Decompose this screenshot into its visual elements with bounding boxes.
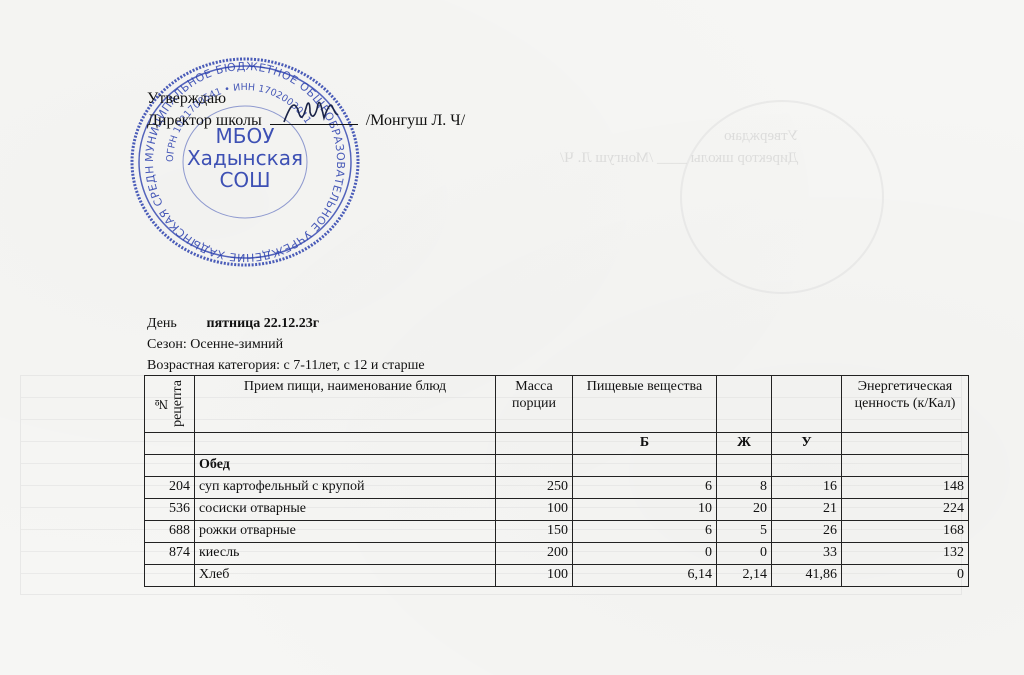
bleed-approval-title: Утверждаю (560, 125, 798, 147)
section-blank-u (772, 454, 842, 476)
day-value: пятница 22.12.23г (207, 316, 320, 331)
cell-protein: 0 (573, 542, 717, 564)
cell-recipe-no: 536 (145, 498, 195, 520)
cell-dish-name: Хлеб (195, 564, 496, 586)
section-title: Обед (195, 454, 496, 476)
cell-carbs: 16 (772, 476, 842, 498)
section-row-lunch: Обед (145, 454, 969, 476)
cell-portion-mass: 100 (496, 498, 573, 520)
subheader-blank-mass (496, 432, 573, 454)
director-line: Директор школы /Монгуш Л. Ч/ (147, 110, 465, 132)
cell-portion-mass: 250 (496, 476, 573, 498)
cell-fat: 2,14 (717, 564, 772, 586)
cell-recipe-no: 874 (145, 542, 195, 564)
header-recipe-no: № рецепта (145, 376, 195, 433)
cell-protein: 6 (573, 476, 717, 498)
section-blank-energy (842, 454, 969, 476)
cell-recipe-no: 204 (145, 476, 195, 498)
cell-fat: 0 (717, 542, 772, 564)
stamp-center-text: МБОУ Хадынская СОШ (127, 125, 363, 191)
day-label: День (147, 313, 203, 334)
cell-dish-name: киесль (195, 542, 496, 564)
header-dish-name: Прием пищи, наименование блюд (195, 376, 496, 433)
section-blank-b (573, 454, 717, 476)
table-row: Хлеб1006,142,1441,860 (145, 564, 969, 586)
cell-carbs: 33 (772, 542, 842, 564)
cell-protein: 6,14 (573, 564, 717, 586)
cell-energy: 168 (842, 520, 969, 542)
cell-dish-name: сосиски отварные (195, 498, 496, 520)
season-line: Сезон: Осенне-зимний (147, 334, 425, 355)
header-recipe-no-text: № рецепта (154, 380, 186, 427)
subheader-protein: Б (573, 432, 717, 454)
table-row: 536сосиски отварные100102021224 (145, 498, 969, 520)
cell-protein: 6 (573, 520, 717, 542)
subheader-carbs: У (772, 432, 842, 454)
age-category-line: Возрастная категория: с 7-11лет, с 12 и … (147, 355, 425, 376)
cell-dish-name: рожки отварные (195, 520, 496, 542)
bleed-through-approval: Утверждаю Директор школы ____ /Монгуш Л.… (560, 125, 798, 169)
table-subheader-row: Б Ж У (145, 432, 969, 454)
table-header-row: № рецепта Прием пищи, наименование блюд … (145, 376, 969, 433)
signature-icon (280, 96, 340, 126)
bleed-approval-line: Директор школы ____ /Монгуш Л. Ч/ (560, 147, 798, 169)
cell-carbs: 26 (772, 520, 842, 542)
cell-dish-name: суп картофельный с крупой (195, 476, 496, 498)
svg-text:МУНИЦИПАЛЬНОЕ БЮДЖЕТНОЕ ОБЩЕОБ: МУНИЦИПАЛЬНОЕ БЮДЖЕТНОЕ ОБЩЕОБРАЗОВАТЕЛЬ… (127, 55, 347, 264)
signature-line (270, 110, 358, 125)
cell-portion-mass: 150 (496, 520, 573, 542)
table-row: 688рожки отварные1506526168 (145, 520, 969, 542)
header-nutrients: Пищевые вещества (573, 376, 717, 433)
header-nutrients-blank-1 (717, 376, 772, 433)
cell-fat: 20 (717, 498, 772, 520)
table-row: 874киесль2000033132 (145, 542, 969, 564)
cell-energy: 132 (842, 542, 969, 564)
subheader-blank-no (145, 432, 195, 454)
cell-energy: 148 (842, 476, 969, 498)
section-blank-no (145, 454, 195, 476)
menu-table: № рецепта Прием пищи, наименование блюд … (144, 375, 969, 587)
cell-portion-mass: 200 (496, 542, 573, 564)
section-blank-mass (496, 454, 573, 476)
director-label: Директор школы (147, 112, 262, 129)
table-row: 204суп картофельный с крупой2506816148 (145, 476, 969, 498)
cell-energy: 0 (842, 564, 969, 586)
stamp-line-2: Хадынская (127, 147, 363, 169)
cell-carbs: 21 (772, 498, 842, 520)
day-line: День пятница 22.12.23г (147, 313, 425, 334)
cell-carbs: 41,86 (772, 564, 842, 586)
subheader-blank-energy (842, 432, 969, 454)
cell-protein: 10 (573, 498, 717, 520)
header-portion-mass: Масса порции (496, 376, 573, 433)
menu-meta: День пятница 22.12.23г Сезон: Осенне-зим… (147, 313, 425, 376)
section-blank-zh (717, 454, 772, 476)
subheader-blank-name (195, 432, 496, 454)
subheader-fat: Ж (717, 432, 772, 454)
cell-portion-mass: 100 (496, 564, 573, 586)
header-nutrients-blank-2 (772, 376, 842, 433)
cell-recipe-no (145, 564, 195, 586)
cell-energy: 224 (842, 498, 969, 520)
cell-fat: 8 (717, 476, 772, 498)
bleed-through-stamp (680, 100, 884, 294)
approval-block: Утверждаю Директор школы /Монгуш Л. Ч/ (147, 88, 465, 132)
cell-recipe-no: 688 (145, 520, 195, 542)
cell-fat: 5 (717, 520, 772, 542)
stamp-line-3: СОШ (127, 169, 363, 191)
director-name: /Монгуш Л. Ч/ (366, 112, 465, 129)
table-body: 204суп картофельный с крупой250681614853… (145, 476, 969, 586)
header-energy: Энергетическая ценность (к/Кал) (842, 376, 969, 433)
